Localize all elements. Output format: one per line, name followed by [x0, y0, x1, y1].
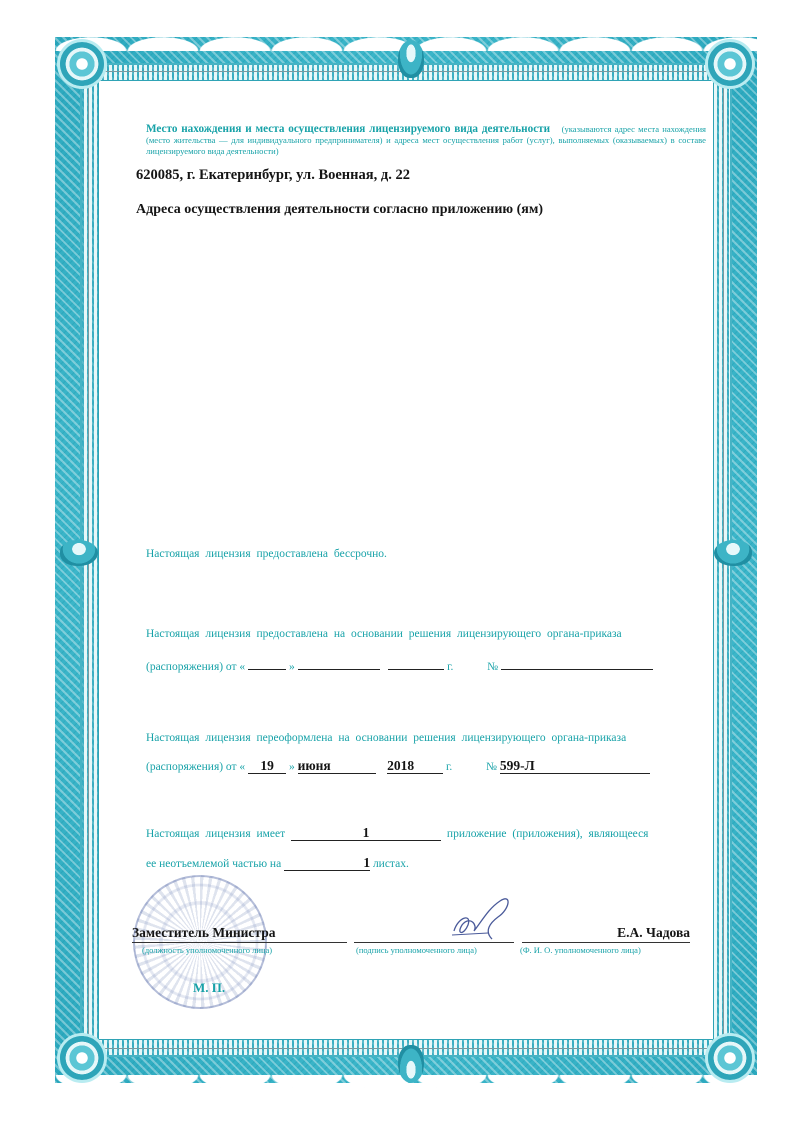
- granted-prefix: (распоряжения) от «: [146, 661, 245, 673]
- reissued-prefix: (распоряжения) от «: [146, 761, 245, 773]
- reissued-month: июня: [298, 758, 376, 774]
- appendix-count: 1: [291, 825, 441, 841]
- sheets-prefix: ее неотъемлемой частью на: [146, 858, 281, 870]
- signer-name: Е.А. Чадова: [522, 925, 690, 943]
- granted-year: [388, 654, 444, 670]
- signature-line: [354, 925, 514, 943]
- license-term: Настоящая лицензия предоставлена бессроч…: [146, 548, 387, 560]
- reissued-basis: Настоящая лицензия переоформлена на осно…: [146, 732, 686, 776]
- name-caption: (Ф. И. О. уполномоченного лица): [520, 945, 641, 955]
- granted-quote-close: »: [289, 661, 295, 673]
- reissued-year-suffix: г.: [446, 761, 452, 773]
- reissued-number: 599-Л: [500, 758, 650, 774]
- sheets-suffix: листах.: [373, 858, 409, 870]
- reissued-day: 19: [248, 758, 286, 774]
- location-section-heading: Место нахождения и места осуществления л…: [146, 124, 706, 157]
- appendix-suffix: приложение (приложения), являющееся: [447, 828, 649, 840]
- granted-number-label: №: [487, 661, 498, 673]
- granted-day: [248, 654, 286, 670]
- location-title: Место нахождения и места осуществления л…: [146, 123, 550, 135]
- appendix-info: Настоящая лицензия имеет 1 приложение (п…: [146, 825, 686, 873]
- reissued-number-label: №: [486, 761, 497, 773]
- granted-basis: Настоящая лицензия предоставлена на осно…: [146, 628, 686, 672]
- seal-place-label: М. П.: [193, 980, 225, 996]
- signature-caption: (подпись уполномоченного лица): [356, 945, 477, 955]
- granted-number: [501, 654, 653, 670]
- reissued-line1: Настоящая лицензия переоформлена на осно…: [146, 732, 686, 744]
- reissued-quote-close: »: [289, 761, 295, 773]
- reissued-year: 2018: [387, 758, 443, 774]
- signature-block: Заместитель Министра Е.А. Чадова (должно…: [132, 925, 692, 965]
- position-caption: (должность уполномоченного лица): [142, 945, 272, 955]
- sheets-count: 1: [284, 855, 370, 871]
- granted-line1: Настоящая лицензия предоставлена на осно…: [146, 628, 686, 640]
- granted-year-suffix: г.: [447, 661, 453, 673]
- license-page: Место нахождения и места осуществления л…: [0, 0, 793, 1122]
- appendix-prefix: Настоящая лицензия имеет: [146, 828, 285, 840]
- addresses-note: Адреса осуществления деятельности соглас…: [136, 202, 543, 218]
- granted-month: [298, 654, 380, 670]
- main-address: 620085, г. Екатеринбург, ул. Военная, д.…: [136, 167, 410, 184]
- signer-position: Заместитель Министра: [132, 925, 347, 943]
